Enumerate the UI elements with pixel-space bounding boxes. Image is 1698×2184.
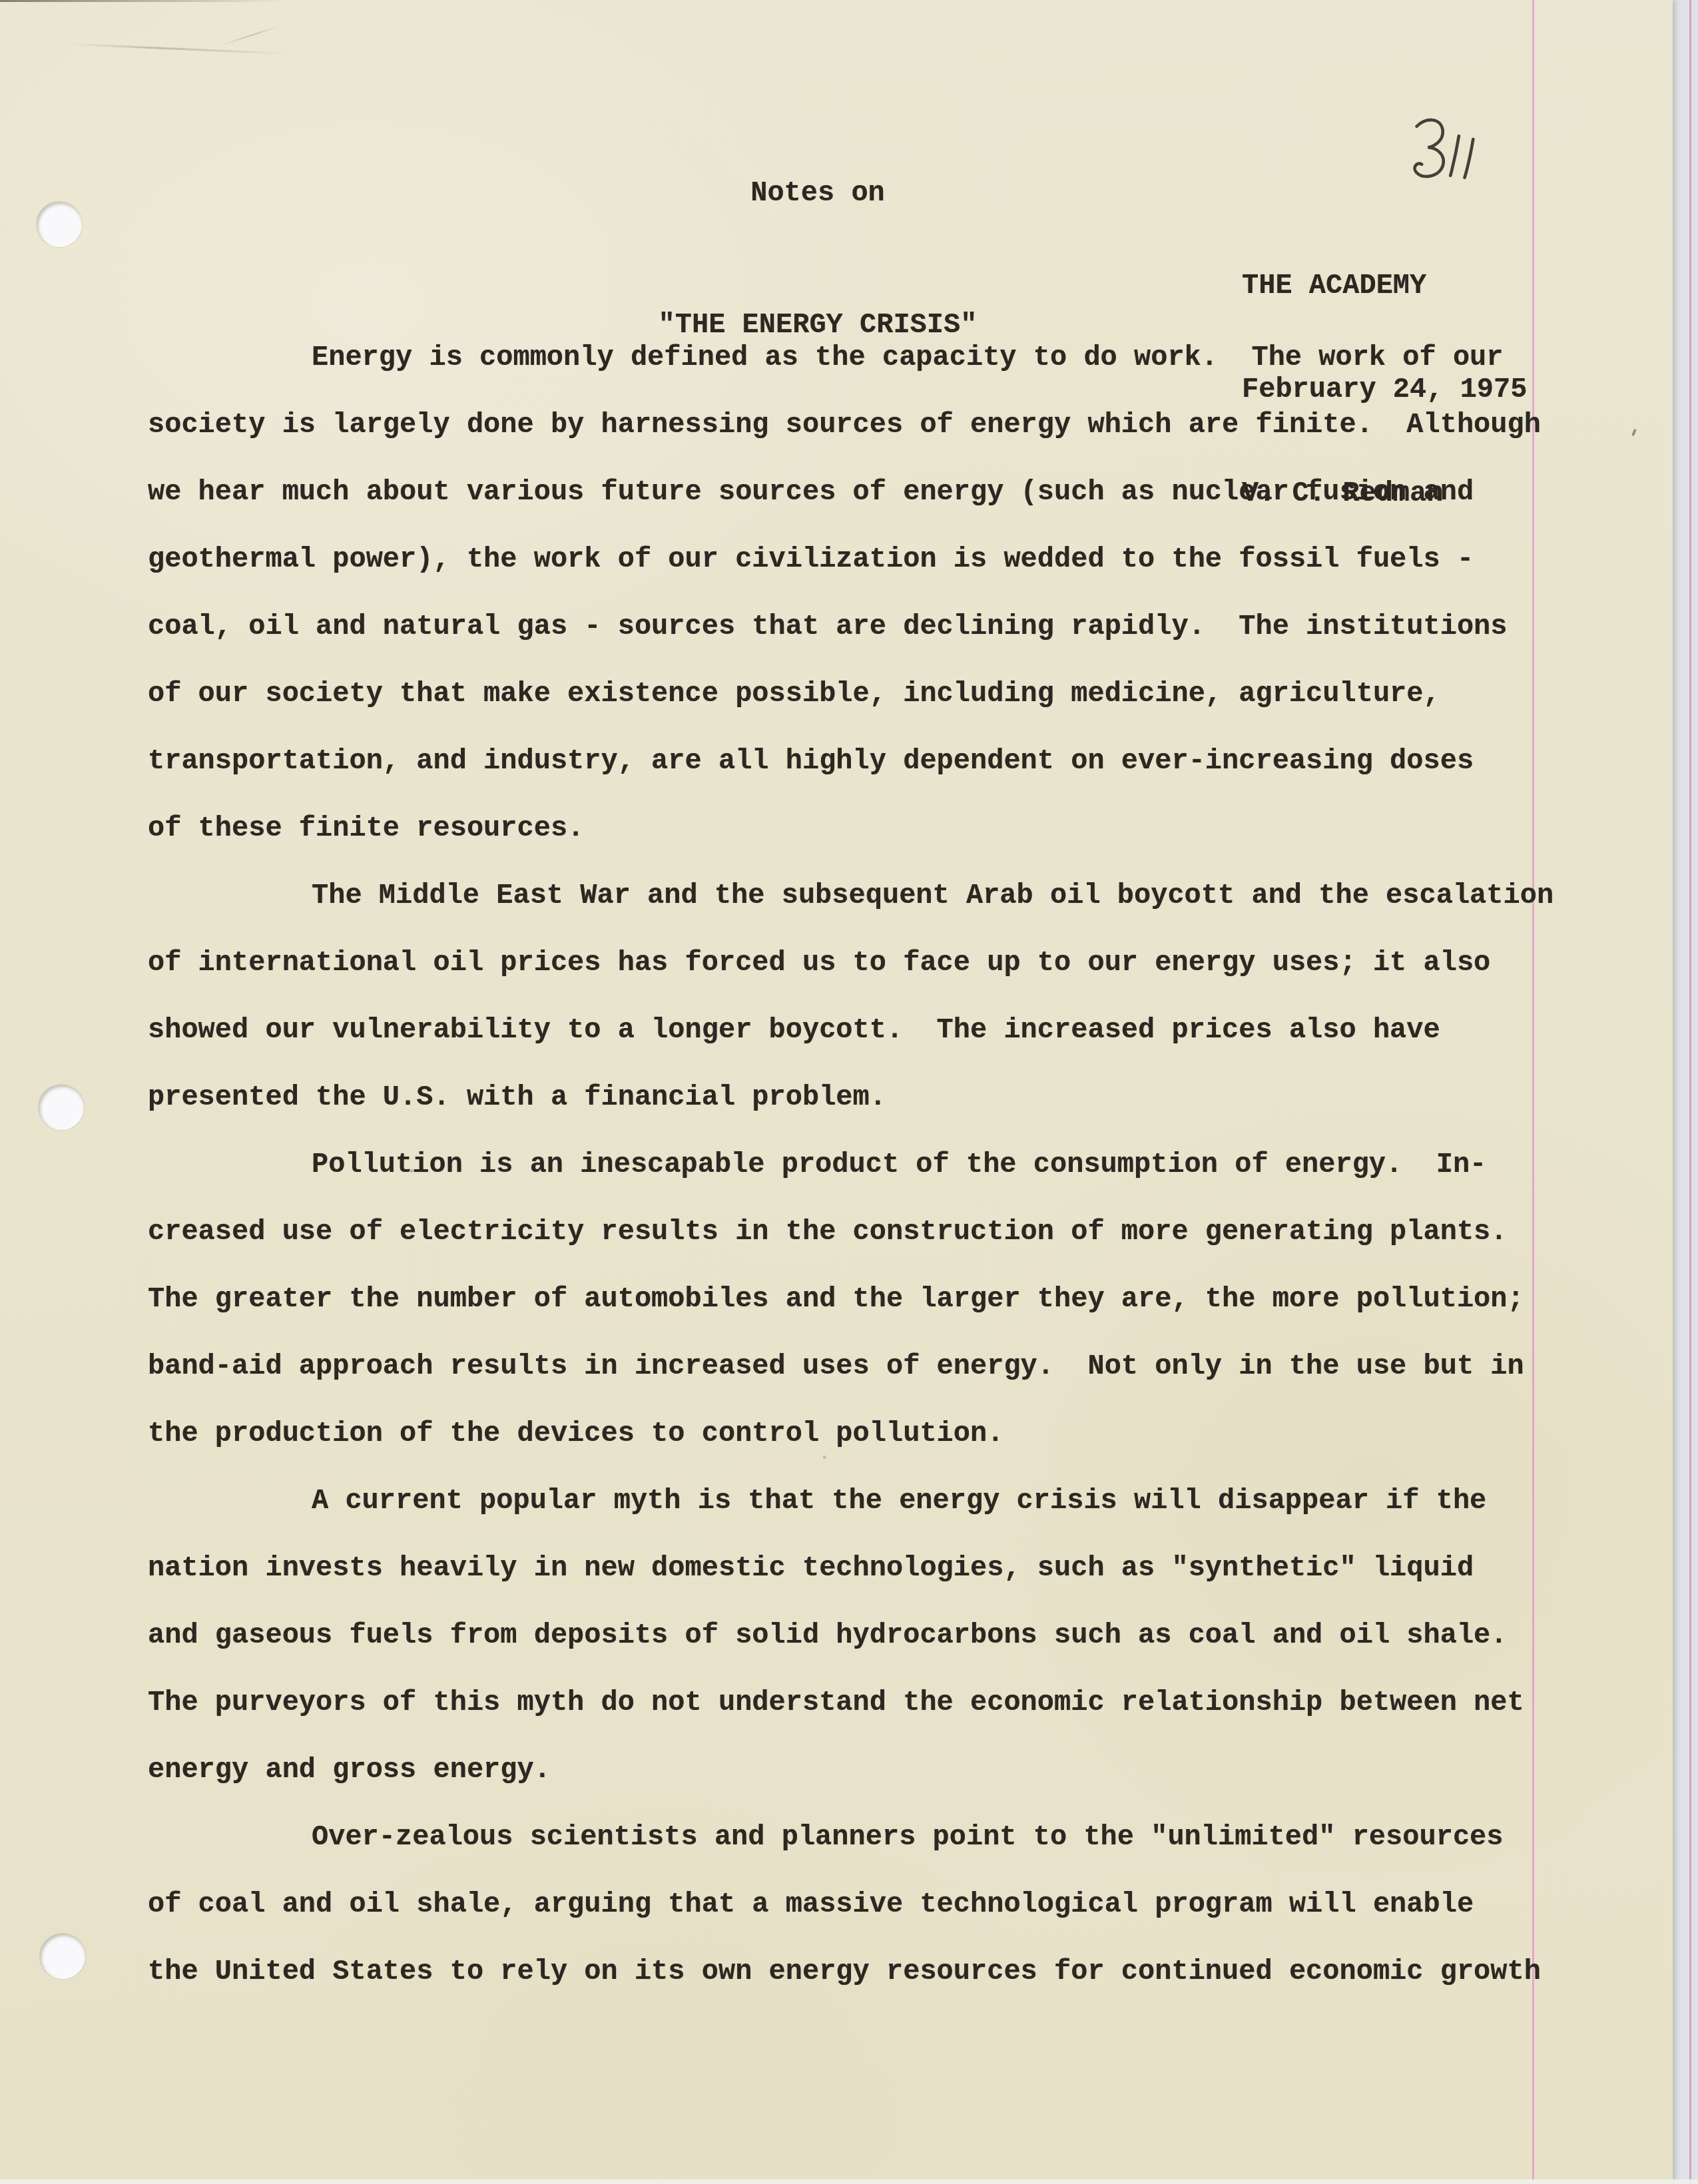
scan-bottom-edge: [0, 2179, 1698, 2184]
scan-top-edge: [0, 0, 286, 2]
paper-crease: [70, 43, 290, 55]
paragraph-5: Over-zealous scientists and planners poi…: [148, 1804, 1573, 2006]
paragraph-1: Energy is commonly defined as the capaci…: [148, 324, 1573, 862]
paper-speck: [1631, 429, 1637, 437]
document-body: Energy is commonly defined as the capaci…: [148, 324, 1573, 2006]
paragraph-4: A current popular myth is that the energ…: [148, 1468, 1573, 1804]
scanned-document-page: Notes on "THE ENERGY CRISIS" THE ACADEMY…: [0, 0, 1698, 2184]
header-organization: THE ACADEMY: [1242, 268, 1527, 303]
paragraph-3: Pollution is an inescapable product of t…: [148, 1131, 1573, 1468]
paragraph-2: The Middle East War and the subsequent A…: [148, 862, 1573, 1131]
hole-punch: [37, 202, 82, 247]
handwritten-page-number: [1396, 111, 1495, 194]
title-line-1: Notes on: [616, 171, 1019, 215]
hole-punch: [40, 1934, 85, 1979]
scan-edge-line: [1689, 0, 1691, 2184]
paper-sheet: Notes on "THE ENERGY CRISIS" THE ACADEMY…: [0, 0, 1673, 2184]
paper-crease: [221, 25, 282, 45]
hole-punch: [39, 1085, 84, 1130]
